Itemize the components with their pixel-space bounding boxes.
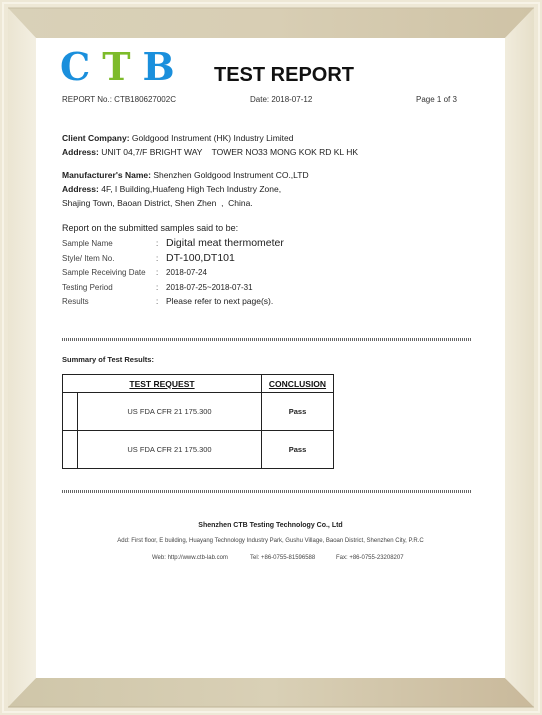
manufacturer-address: Address: 4F, I Building,Huafeng High Tec… — [62, 184, 281, 194]
divider-line — [62, 490, 472, 493]
manufacturer-name-value: Shenzhen Goldgood Instrument CO.,LTD — [153, 170, 308, 180]
logo-letter-t: T — [102, 44, 142, 89]
page-title: TEST REPORT — [214, 64, 354, 87]
client-company-value: Goldgood Instrument (HK) Industry Limite… — [132, 133, 294, 143]
client-address-value: UNIT 04,7/F BRIGHT WAY TOWER NO33 MONG K… — [101, 147, 358, 157]
samples-heading: Report on the submitted samples said to … — [62, 223, 238, 233]
divider-line — [62, 338, 472, 341]
results-value: Please refer to next page(s). — [166, 296, 273, 306]
footer-address: Add: First floor, E building, Huayang Te… — [36, 538, 505, 544]
table-row: US FDA CFR 21 175.300 Pass — [63, 393, 334, 431]
separator: : — [156, 297, 158, 306]
column-header-test-request: TEST REQUEST — [63, 375, 262, 393]
separator: : — [156, 239, 158, 248]
separator: : — [156, 254, 158, 263]
manufacturer-address-label: Address: — [62, 184, 99, 194]
separator: : — [156, 283, 158, 292]
conclusion-cell: Pass — [262, 431, 334, 469]
test-request-cell: US FDA CFR 21 175.300 — [78, 431, 262, 469]
receiving-date-label: Sample Receiving Date — [62, 268, 146, 277]
client-company: Client Company: Goldgood Instrument (HK)… — [62, 133, 293, 143]
column-header-conclusion: CONCLUSION — [262, 375, 334, 393]
footer-web: Web: http://www.ctb-lab.com — [152, 555, 228, 561]
style-item-value: DT-100,DT101 — [166, 252, 235, 264]
table-header-row: TEST REQUEST CONCLUSION — [63, 375, 334, 393]
manufacturer-name-label: Manufacturer's Name: — [62, 170, 151, 180]
conclusion-cell: Pass — [262, 393, 334, 431]
footer-company: Shenzhen CTB Testing Technology Co., Ltd — [36, 522, 505, 529]
row-index-cell — [63, 393, 78, 431]
sample-name-label: Sample Name — [62, 239, 113, 248]
report-number: REPORT No.: CTB180627002C — [62, 95, 176, 104]
separator: : — [156, 268, 158, 277]
report-page: CTB TEST REPORT REPORT No.: CTB180627002… — [36, 38, 505, 678]
report-date: Date: 2018-07-12 — [250, 95, 312, 104]
testing-period-value: 2018-07-25~2018-07-31 — [166, 283, 253, 292]
ctb-logo: CTB — [60, 48, 187, 86]
footer-tel: Tel: +86-0755-81596588 — [250, 555, 315, 561]
summary-heading: Summary of Test Results: — [62, 355, 154, 364]
logo-letter-c: C — [60, 44, 102, 89]
manufacturer-address-line1: 4F, I Building,Huafeng High Tech Industr… — [101, 184, 281, 194]
client-address: Address: UNIT 04,7/F BRIGHT WAY TOWER NO… — [62, 147, 358, 157]
receiving-date-value: 2018-07-24 — [166, 268, 207, 277]
style-item-label: Style/ Item No. — [62, 254, 114, 263]
table-row: US FDA CFR 21 175.300 Pass — [63, 431, 334, 469]
row-index-cell — [63, 431, 78, 469]
manufacturer-address-line2: Shajing Town, Baoan District, Shen Zhen … — [62, 198, 253, 208]
sample-name-value: Digital meat thermometer — [166, 237, 284, 249]
page-indicator: Page 1 of 3 — [416, 95, 457, 104]
client-address-label: Address: — [62, 147, 99, 157]
client-company-label: Client Company: — [62, 133, 130, 143]
logo-letter-b: B — [143, 44, 187, 89]
manufacturer-name: Manufacturer's Name: Shenzhen Goldgood I… — [62, 170, 309, 180]
summary-table: TEST REQUEST CONCLUSION US FDA CFR 21 17… — [62, 374, 334, 469]
footer-fax: Fax: +86-0755-23208207 — [336, 555, 404, 561]
results-label: Results — [62, 297, 89, 306]
test-request-cell: US FDA CFR 21 175.300 — [78, 393, 262, 431]
testing-period-label: Testing Period — [62, 283, 113, 292]
